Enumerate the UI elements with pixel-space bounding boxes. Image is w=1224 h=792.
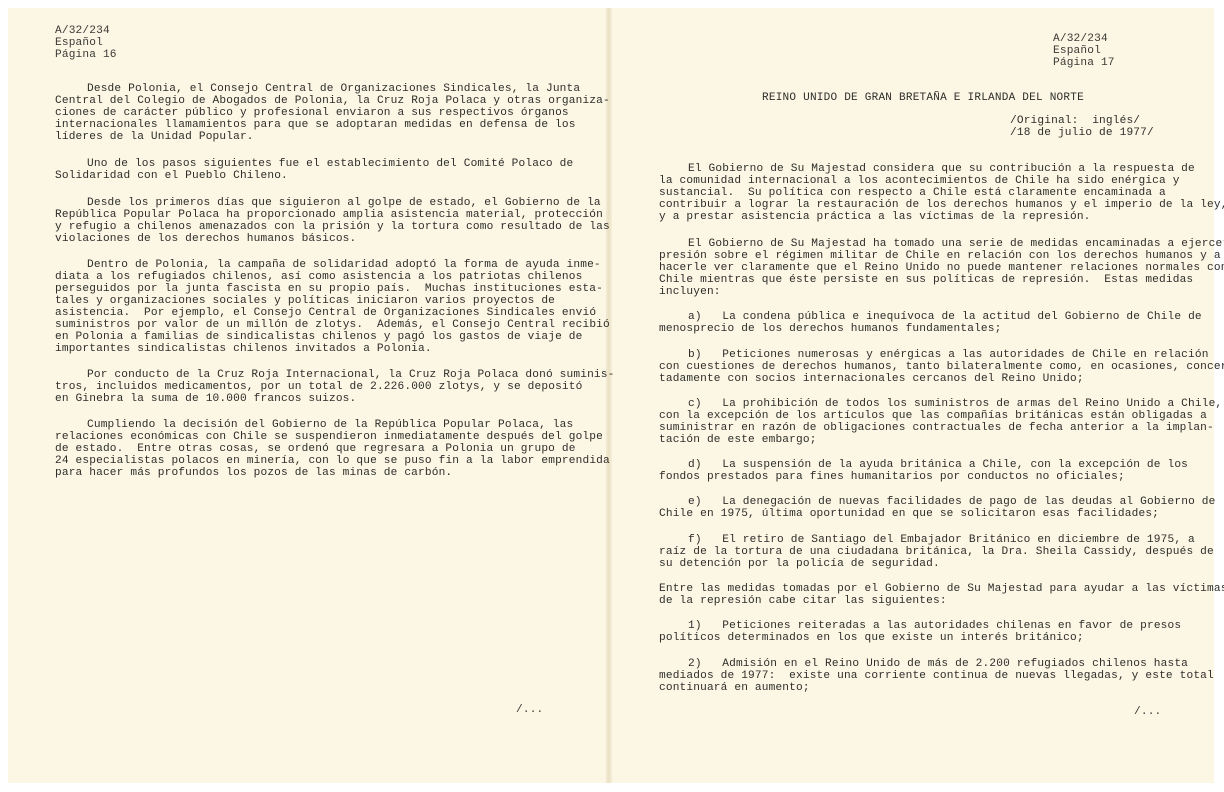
left-p1-line-1: Desde Polonia, el Consejo Central de Org… xyxy=(87,83,580,95)
left-p3-line-4: violaciones de los derechos humanos bási… xyxy=(55,233,356,245)
left-p4-line-5: asistencia. Por ejemplo, el Consejo Cent… xyxy=(55,307,596,319)
right-item-1-line-1: 1) Peticiones reiteradas a las autoridad… xyxy=(688,620,1181,632)
right-item-2-line-3: continuará en aumento; xyxy=(659,682,810,694)
left-p3-line-2: República Popular Polaca ha proporcionad… xyxy=(55,209,603,221)
right-item-c-line-3: suministrar en razón de obligaciones con… xyxy=(659,422,1214,434)
right-item-2-line-2: mediados de 1977: existe una corriente c… xyxy=(659,670,1214,682)
right-p1-line-3: sustancial. Su política con respecto a C… xyxy=(659,187,1166,199)
right-doc-symbol: A/32/234 xyxy=(1053,33,1108,45)
right-item-b-line-3: tadamente con socios internacionales cer… xyxy=(659,373,1084,385)
right-item-c-line-1: c) La prohibición de todos los suministr… xyxy=(688,398,1222,410)
left-p6-line-3: de estado. Entre otras cosas, se ordenó … xyxy=(55,443,576,455)
right-item-f-line-1: f) El retiro de Santiago del Embajador B… xyxy=(688,534,1195,546)
left-language: Español xyxy=(55,37,103,49)
left-p3-line-3: y refugio a chilenos amenazados con la p… xyxy=(55,221,610,233)
right-p1-line-4: contribuir a lograr la restauración de l… xyxy=(659,199,1224,211)
left-doc-symbol: A/32/234 xyxy=(55,25,110,37)
right-item-a-line-2: menosprecio de los derechos humanos fund… xyxy=(659,323,1001,335)
right-item-1-line-2: políticos determinados en los que existe… xyxy=(659,632,1084,644)
left-p1-line-2: Central del Colegio de Abogados de Polon… xyxy=(55,95,610,107)
right-item-c-line-4: tación de este embargo; xyxy=(659,434,817,446)
date-note: /18 de julio de 1977/ xyxy=(1010,127,1154,139)
right-item-e-line-2: Chile en 1975, última oportunidad en que… xyxy=(659,508,1159,520)
left-p1-line-4: internacionales llamamientos para que se… xyxy=(55,119,576,131)
left-p4-line-4: tales y organizaciones sociales y políti… xyxy=(55,295,555,307)
right-item-a-line-1: a) La condena pública e inequívoca de la… xyxy=(688,311,1202,323)
left-p5-line-3: en Ginebra la suma de 10.000 francos sui… xyxy=(55,393,356,405)
left-p5-line-1: Por conducto de la Cruz Roja Internacion… xyxy=(87,369,614,381)
right-item-c-line-2: con la excepción de los artículos que la… xyxy=(659,410,1207,422)
left-p6-line-5: para hacer más profundos los pozos de la… xyxy=(55,467,452,479)
left-p6-line-4: 24 especialistas polacos en minería, con… xyxy=(55,455,610,467)
document-title: REINO UNIDO DE GRAN BRETAÑA E IRLANDA DE… xyxy=(762,92,1084,104)
original-language-note: /Original: inglés/ xyxy=(1010,115,1140,127)
left-p1-line-3: ciones de carácter público y profesional… xyxy=(55,107,569,119)
right-p1-line-1: El Gobierno de Su Majestad considera que… xyxy=(688,163,1195,175)
left-p3-line-1: Desde los primeros días que siguieron al… xyxy=(87,197,601,209)
right-item-d-line-2: fondos prestados para fines humanitarios… xyxy=(659,471,1125,483)
left-p6-line-1: Cumpliendo la decisión del Gobierno de l… xyxy=(87,419,573,431)
right-p2-line-5: incluyen: xyxy=(659,286,721,298)
right-item-f-line-2: raíz de la tortura de una ciudadana brit… xyxy=(659,546,1214,558)
right-item-f-line-3: su detención por la policía de seguridad… xyxy=(659,558,940,570)
right-item-e-line-1: e) La denegación de nuevas facilidades d… xyxy=(688,496,1215,508)
left-p4-line-3: perseguidos por la junta fascista en su … xyxy=(55,283,603,295)
right-item-d-line-1: d) La suspensión de la ayuda británica a… xyxy=(688,459,1188,471)
book-gutter xyxy=(606,8,612,783)
right-item-2-line-1: 2) Admisión en el Reino Unido de más de … xyxy=(688,658,1188,670)
left-p4-line-8: importantes sindicalistas chilenos invit… xyxy=(55,343,432,355)
right-p-measures-line-2: de la represión cabe citar las siguiente… xyxy=(659,595,947,607)
left-p4-line-7: en Polonia a familias de sindicalistas c… xyxy=(55,331,582,343)
left-p4-line-1: Dentro de Polonia, la campaña de solidar… xyxy=(87,259,601,271)
left-p5-line-2: tros, incluidos medicamentos, por un tot… xyxy=(55,381,582,393)
left-page-number: Página 16 xyxy=(55,49,117,61)
right-p-measures-line-1: Entre las medidas tomadas por el Gobiern… xyxy=(659,583,1224,595)
right-p1-line-2: la comunidad internacional a los acontec… xyxy=(659,175,1180,187)
right-item-b-line-2: con cuestiones de derechos humanos, tant… xyxy=(659,361,1224,373)
right-continuation-mark: /... xyxy=(1134,706,1161,718)
right-p2-line-1: El Gobierno de Su Majestad ha tomado una… xyxy=(688,238,1224,250)
left-p2-line-2: Solidaridad con el Pueblo Chileno. xyxy=(55,170,288,182)
left-p4-line-6: suministros por valor de un millón de zl… xyxy=(55,319,610,331)
right-p1-line-5: y a prestar asistencia práctica a las ví… xyxy=(659,211,1091,223)
left-p6-line-2: relaciones económicas con Chile se suspe… xyxy=(55,431,603,443)
left-p4-line-2: diata a los refugiados chilenos, así com… xyxy=(55,271,582,283)
right-p2-line-3: hacerle ver claramente que el Reino Unid… xyxy=(659,262,1224,274)
right-item-b-line-1: b) Peticiones numerosas y enérgicas a la… xyxy=(688,349,1209,361)
right-p2-line-2: presión sobre el régimen militar de Chil… xyxy=(659,250,1221,262)
left-p1-line-5: líderes de la Unidad Popular. xyxy=(55,131,254,143)
right-language: Español xyxy=(1053,45,1101,57)
right-page-number: Página 17 xyxy=(1053,57,1115,69)
left-p2-line-1: Uno de los pasos siguientes fue el estab… xyxy=(87,158,573,170)
left-continuation-mark: /... xyxy=(516,704,543,716)
right-p2-line-4: Chile mientras que éste persiste en sus … xyxy=(659,274,1193,286)
